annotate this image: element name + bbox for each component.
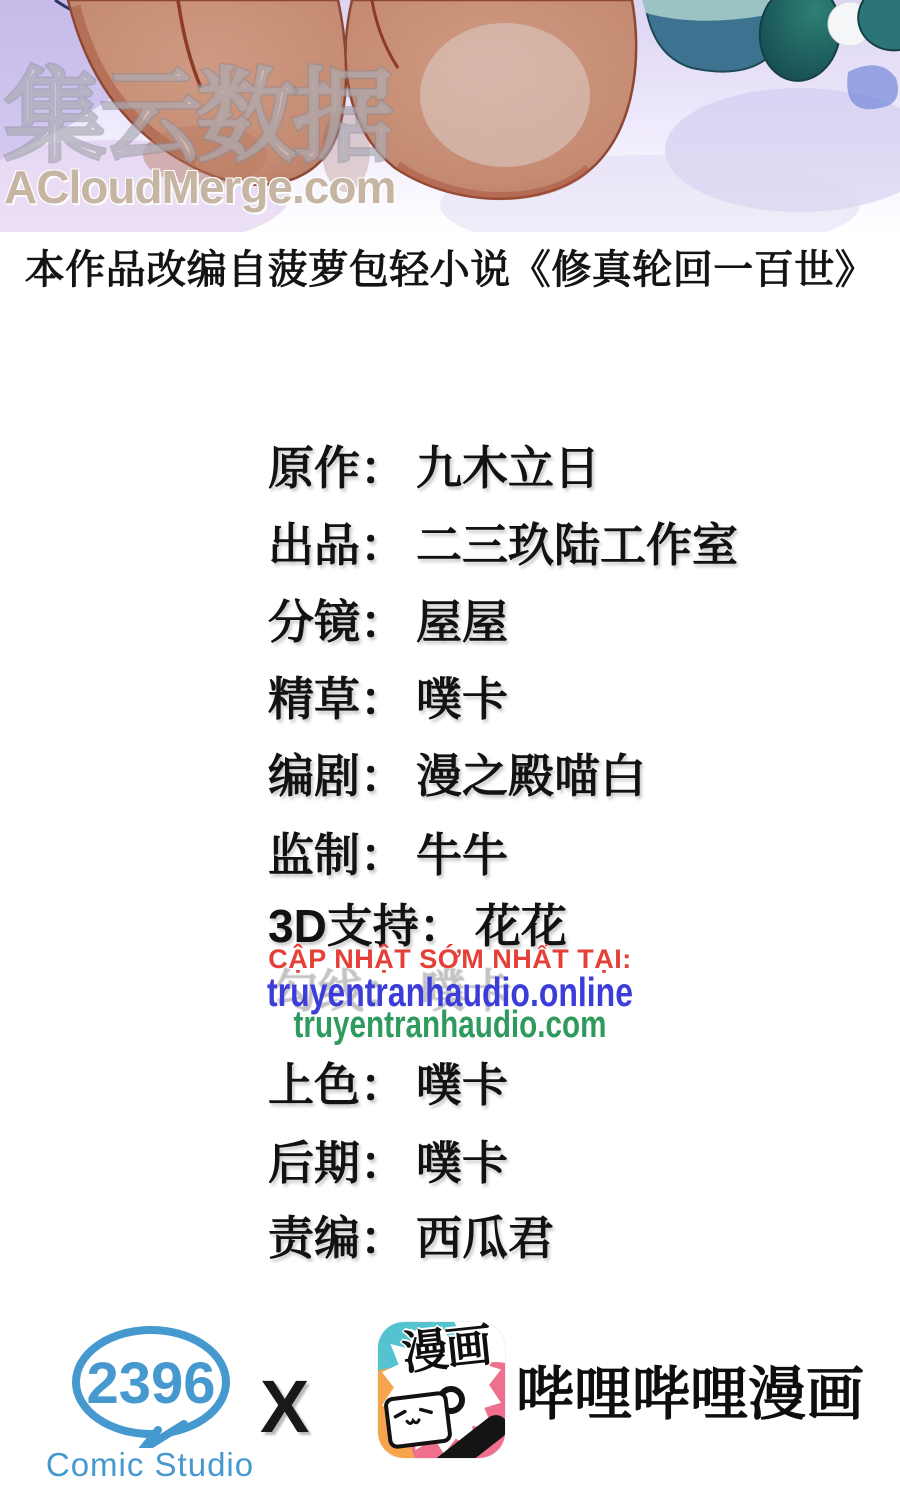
credit-line-sketch: 精草：噗卡 <box>268 676 508 722</box>
credit-line-3d-support: 3D支持：花花 <box>268 903 567 949</box>
platform-name: 哔哩哔哩漫画 <box>516 1366 864 1424</box>
credit-separator: ： <box>360 519 406 571</box>
credit-name: 漫之殿喵白 <box>416 750 646 802</box>
credit-name: 噗卡 <box>416 1059 508 1111</box>
tv-face-icon <box>383 1390 453 1449</box>
credit-role: 分镜 <box>268 596 360 648</box>
credit-name: 九木立日 <box>416 442 600 494</box>
credit-role: 原作 <box>268 442 360 494</box>
credit-separator: ： <box>360 442 406 494</box>
credit-line-postprocessing: 后期：噗卡 <box>268 1140 508 1186</box>
credit-separator: ： <box>360 673 406 725</box>
credit-name: 噗卡 <box>416 1137 508 1189</box>
credit-line-original-author: 原作：九木立日 <box>268 445 600 491</box>
artwork: 集云数据 ACloudMerge.com <box>0 0 900 232</box>
credit-role: 出品 <box>268 519 360 571</box>
credit-role: 精草 <box>268 673 360 725</box>
manga-icon-label: 漫画 <box>400 1322 492 1377</box>
credit-line-coloring: 上色：噗卡 <box>268 1062 508 1108</box>
credit-role: 编剧 <box>268 750 360 802</box>
credit-name: 西瓜君 <box>416 1212 554 1264</box>
credit-role: 后期 <box>268 1137 360 1189</box>
credit-separator: ： <box>360 1137 406 1189</box>
bilibili-manga-app-icon: 漫画 <box>378 1322 505 1458</box>
cn-watermark-text: 集云数据 <box>4 66 388 168</box>
studio-logo-caption: Comic Studio <box>36 1446 264 1484</box>
credit-separator: ： <box>360 1212 406 1264</box>
comic-credits-page: 集云数据 ACloudMerge.com 本作品改编自菠萝包轻小说《修真轮回一百… <box>0 0 900 1500</box>
collab-x-mark: X <box>260 1370 309 1444</box>
credit-separator: ： <box>360 1059 406 1111</box>
credit-separator: ： <box>360 596 406 648</box>
credit-role: 上色 <box>268 1059 360 1111</box>
credit-name: 屋屋 <box>416 596 508 648</box>
credit-line-producer: 出品：二三玖陆工作室 <box>268 522 738 568</box>
credit-role: 监制 <box>268 829 360 881</box>
credit-line-supervisor: 监制：牛牛 <box>268 832 508 878</box>
studio-logo-number: 2396 <box>86 1351 215 1416</box>
adaptation-note: 本作品改编自菠萝包轻小说《修真轮回一百世》 <box>0 238 900 295</box>
credit-separator: ： <box>360 750 406 802</box>
credit-line-storyboard: 分镜：屋屋 <box>268 599 508 645</box>
credit-role: 责编 <box>268 1212 360 1264</box>
credit-separator: ： <box>360 829 406 881</box>
credit-line-editor: 责编：西瓜君 <box>268 1215 554 1261</box>
acloudmerge-watermark-text: ACloudMerge.com <box>4 164 395 210</box>
credit-line-script: 编剧：漫之殿喵白 <box>268 753 646 799</box>
overlay-watermark-site-com: truyentranhaudio.com <box>99 1006 801 1044</box>
credit-name: 二三玖陆工作室 <box>416 519 738 571</box>
credit-name: 牛牛 <box>416 829 508 881</box>
credit-name: 噗卡 <box>416 673 508 725</box>
studio-2396-logo: 2396 <box>66 1326 236 1448</box>
